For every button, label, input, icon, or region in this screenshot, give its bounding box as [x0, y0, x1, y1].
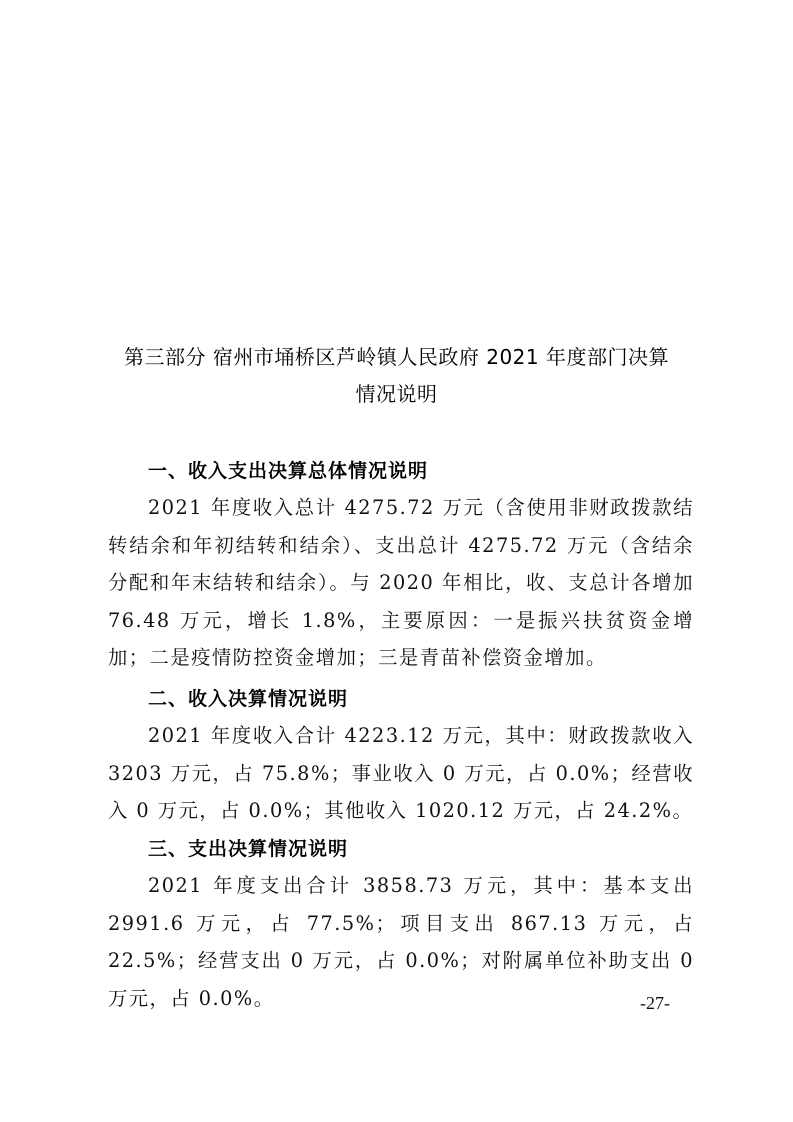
section-paragraph-overall: 2021 年度收入总计 4275.72 万元（含使用非财政拨款结转结余和年初结转… [108, 489, 694, 677]
page-title-line-2: 情况说明 [100, 378, 693, 407]
section-paragraph-expenditure: 2021 年度支出合计 3858.73 万元，其中：基本支出 2991.6 万元… [108, 867, 694, 1017]
page-title-line-1: 第三部分 宿州市埇桥区芦岭镇人民政府 2021 年度部门决算 [90, 341, 703, 370]
page-number: -27- [640, 993, 670, 1014]
section-heading-income: 二、收入决算情况说明 [148, 684, 348, 711]
section-heading-overall: 一、收入支出决算总体情况说明 [148, 456, 428, 483]
section-heading-expenditure: 三、支出决算情况说明 [148, 834, 348, 861]
section-paragraph-income: 2021 年度收入合计 4223.12 万元，其中：财政拨款收入 3203 万元… [108, 717, 694, 830]
